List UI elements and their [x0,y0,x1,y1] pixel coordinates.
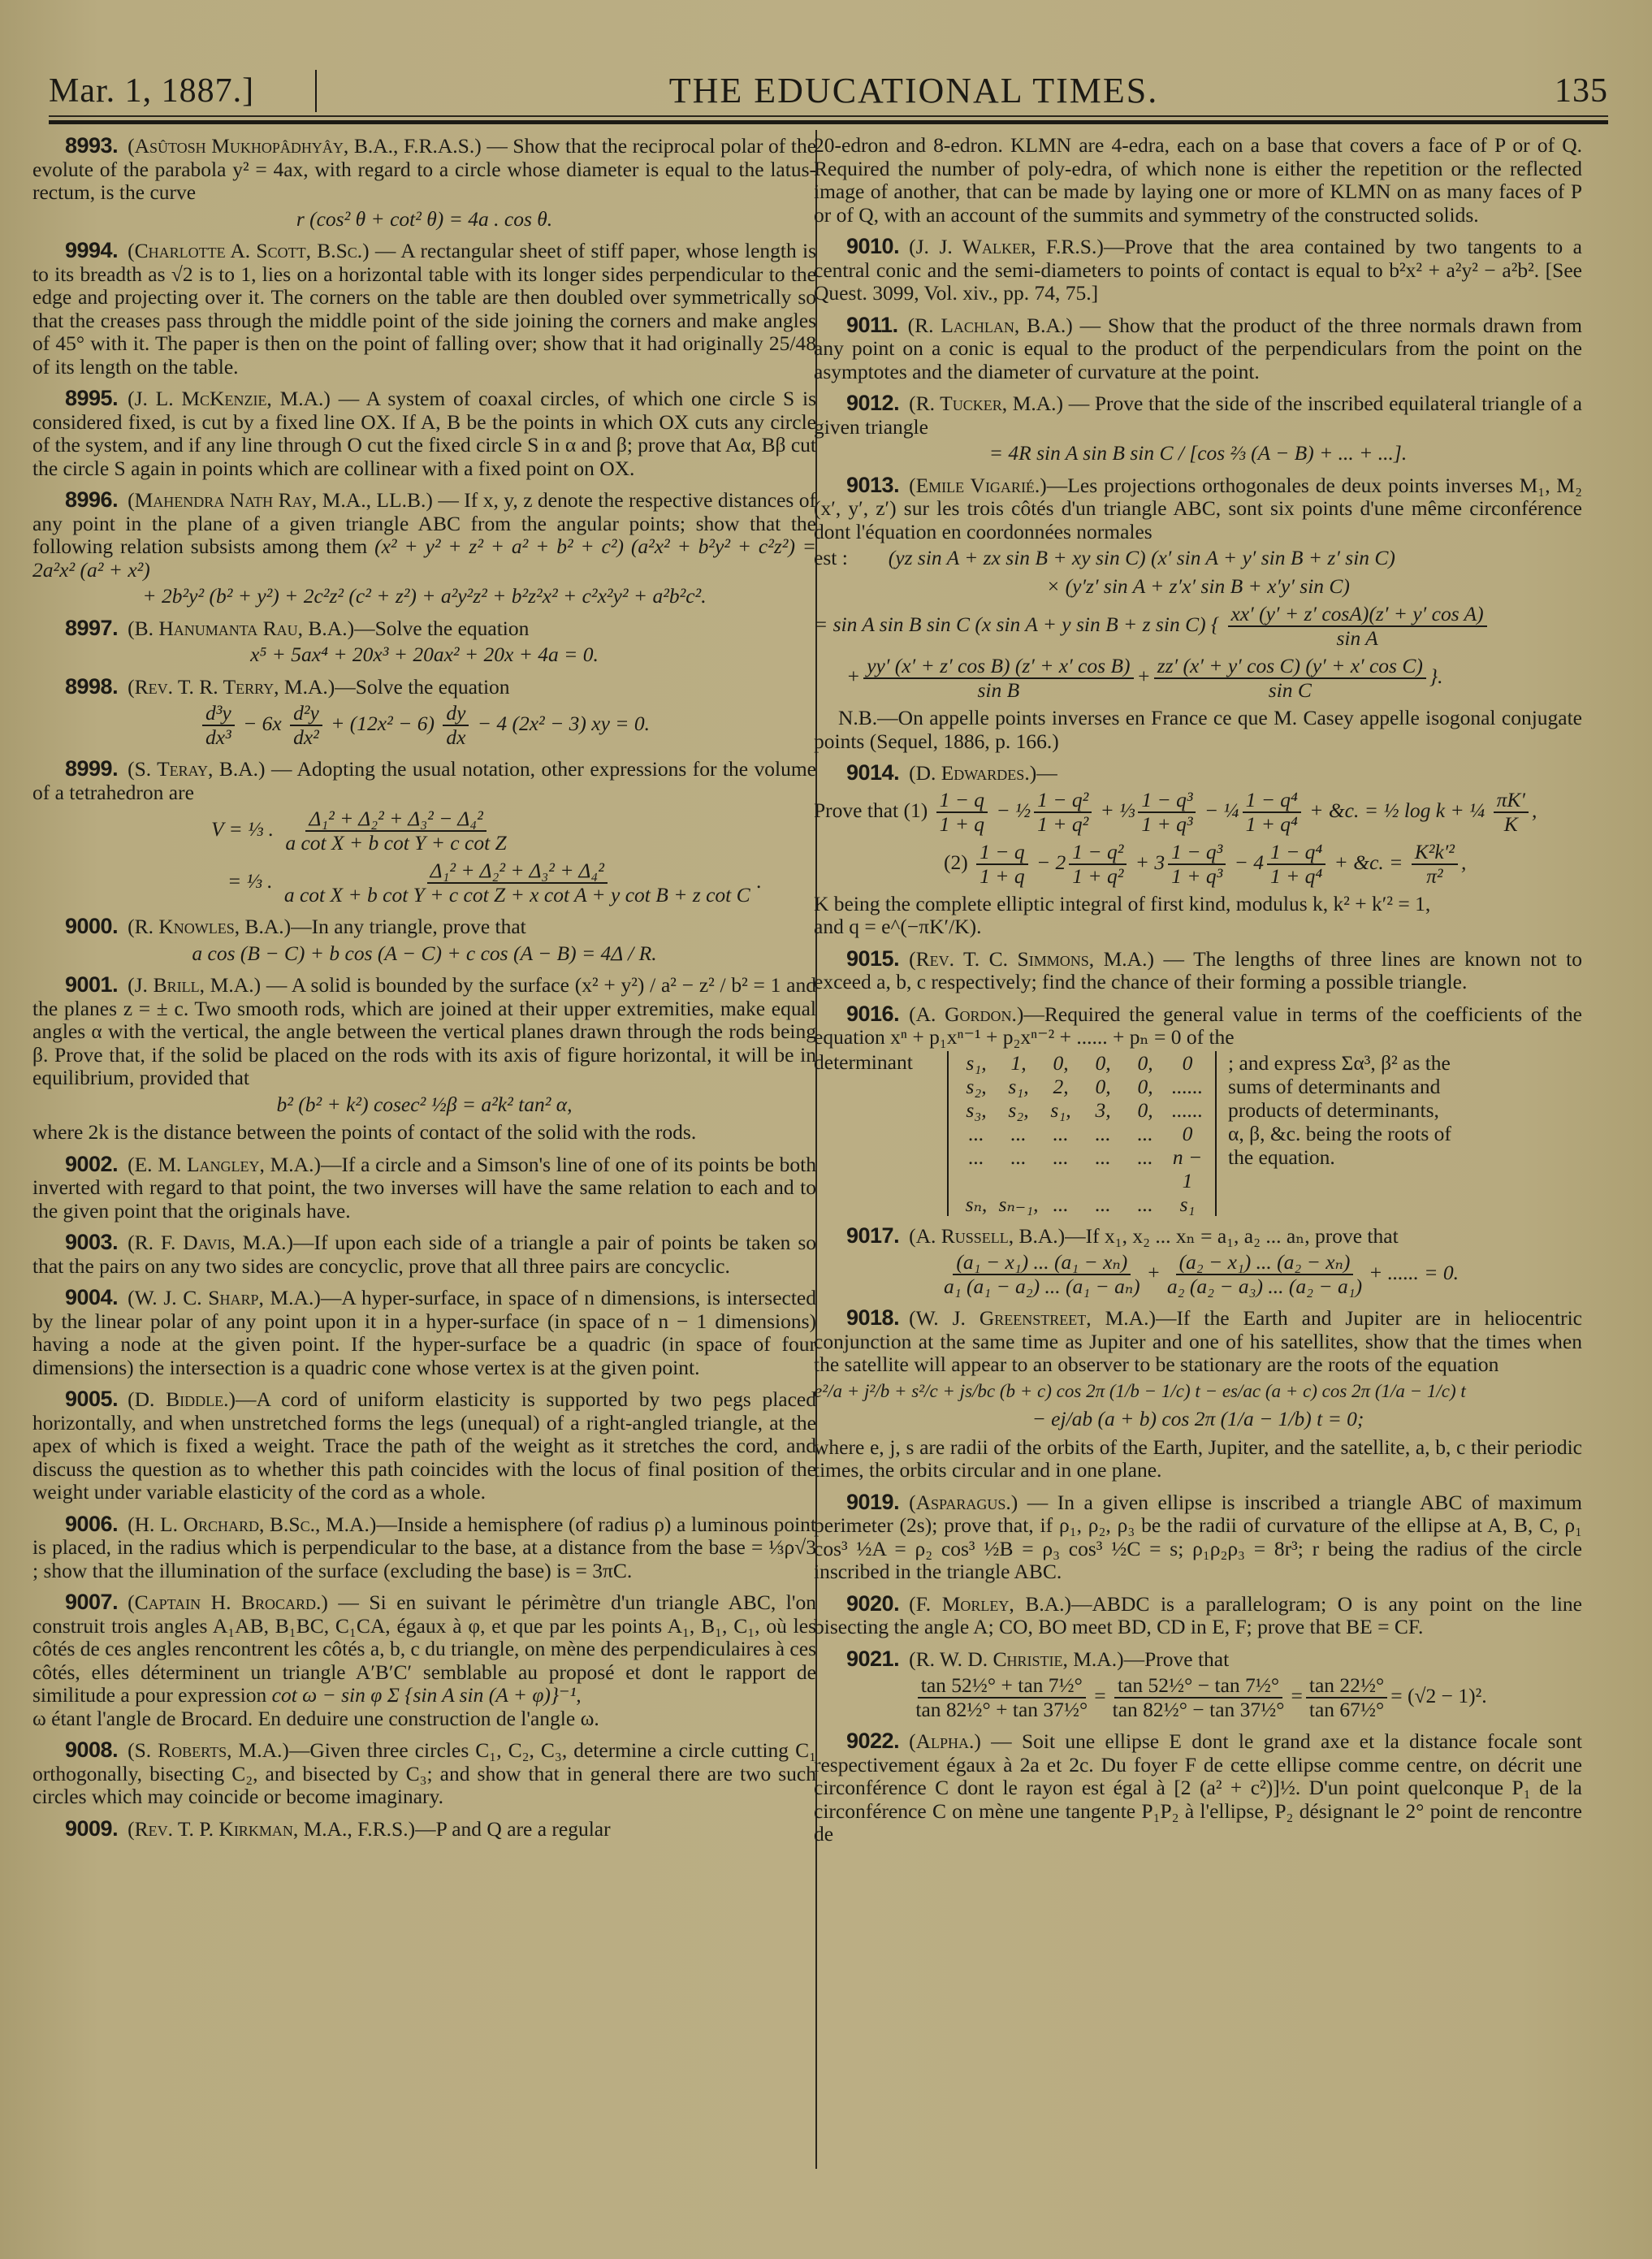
numerator: zz′ (x′ + y′ cos C) (y′ + x′ cos C) [1154,655,1426,679]
question-8993: 8993.(Asûtosh Mukhopâdhyây, B.A., F.R.A.… [32,134,816,231]
denominator: tan 82½° − tan 37½° [1109,1699,1288,1721]
question-text: —Prove that [1124,1647,1230,1671]
det-cell: ... [1040,1122,1082,1145]
question-8995: 8995.(J. L. McKenzie, M.A.) — A system o… [32,387,816,480]
series-label: (2) [944,850,968,873]
question-text: —Solve the equation [335,675,509,699]
det-cell: s₂, [955,1075,997,1098]
numerator: 1 − q [936,789,988,813]
question-text-after: ω étant l'angle de Brocard. En deduire u… [32,1707,816,1731]
coef: + 3 [1135,850,1165,873]
det-cell: sₙ, [955,1192,997,1216]
term: + ...... = 0. [1369,1261,1459,1284]
det-cell: ... [1040,1192,1082,1216]
det-cell: 1, [997,1051,1040,1075]
question-text: — [1036,761,1057,785]
numerator: (a₂ − x₁) ... (a₂ − xₙ) [1176,1251,1354,1275]
question-author: (Rev. T. P. Kirkman, M.A., F.R.S.) [128,1817,415,1841]
fraction: 1 − q³1 + q³ [1138,789,1196,836]
question-text: —If x₁, x₂ ... xₙ = a₁, a₂ ... aₙ, prove… [1065,1224,1399,1248]
denominator: a₁ (a₁ − a₂) ... (a₁ − aₙ) [941,1275,1144,1298]
differential-equation: d³ydx³ − 6x d²ydx² + (12x² − 6) dydx − 4… [32,702,816,749]
fraction: πK′K [1494,789,1529,836]
question-9002: 9002.(E. M. Langley, M.A.)—If a circle a… [32,1153,816,1223]
masthead: Mar. 1, 1887.] THE EDUCATIONAL TIMES. 13… [49,63,1608,112]
det-cell: 2, [1040,1075,1082,1098]
denominator: dx² [290,726,322,749]
numerator: tan 52½° − tan 7½° [1114,1674,1282,1699]
question-number: 9005. [65,1387,118,1411]
question-9014: 9014.(D. Edwardes.)— Prove that (1) 1 − … [814,761,1582,939]
det-cell: n − 1 [1166,1145,1209,1192]
question-9007: 9007.(Captain H. Brocard.) — Si en suiva… [32,1590,816,1730]
question-author: (Alpha.) [909,1729,981,1753]
right-column: 20-edron and 8-edron. KLMN are 4-edra, e… [814,134,1582,1854]
question-number: 8995. [65,386,118,410]
formula-line-1: e²/a + j²/b + s²/c + js/bc (b + c) cos 2… [814,1380,1582,1404]
det-cell: ... [997,1145,1040,1192]
fraction: tan 52½° − tan 7½°tan 82½° − tan 37½° [1109,1674,1288,1721]
question-number: 8998. [65,674,118,699]
note: N.B.—On appelle points inverses en Franc… [814,707,1582,753]
question-author: (E. M. Langley, M.A.) [128,1153,321,1176]
question-author: (R. Knowles, B.A.) [128,915,291,938]
det-cell: ... [1082,1192,1124,1216]
det-cell: 0 [1166,1122,1209,1145]
denominator: dx [443,726,469,749]
fraction: xx′ (y′ + z′ cosA)(z′ + y′ cos A)sin A [1228,603,1487,650]
denominator: 1 + q⁴ [1267,865,1325,888]
question-author: (H. L. Orchard, B.Sc., M.A.) [128,1512,376,1536]
numerator: Δ₁² + Δ₂² + Δ₃² + Δ₄² [427,859,608,884]
q-definition: and q = e^(−πK′/K). [814,915,1582,939]
fraction: d³ydx³ [202,702,235,749]
question-9006: 9006.(H. L. Orchard, B.Sc., M.A.)—Inside… [32,1512,816,1583]
question-9018: 9018.(W. J. Greenstreet, M.A.)—If the Ea… [814,1306,1582,1482]
question-9012: 9012.(R. Tucker, M.A.) — Prove that the … [814,392,1582,465]
denominator: K [1501,813,1521,836]
fraction: 1 − q²1 + q² [1069,841,1127,888]
numerator: d²y [290,702,322,726]
term: V = ⅓ . [211,817,274,841]
question-number: 9002. [65,1152,118,1176]
denominator: a cot X + b cot Y + c cot Z [282,832,509,855]
term: − 6x [243,712,282,735]
det-cell: ... [997,1122,1040,1145]
numerator: Δ₁² + Δ₂² + Δ₃² − Δ₄² [305,807,486,832]
formula: = 4R sin A sin B sin C / [cos ⅔ (A − B) … [814,442,1582,465]
det-cell: ...... [1166,1075,1209,1098]
question-number: 9006. [65,1512,118,1536]
question-author: (Rev. T. C. Simmons, M.A.) [909,947,1154,971]
question-number: 9008. [65,1738,118,1762]
det-cell: s₁ [1166,1192,1209,1216]
header-rule-thin [49,115,1608,117]
fraction: 1 − q³1 + q³ [1168,841,1226,888]
det-cell: 0, [1124,1051,1166,1075]
question-number: 9020. [846,1591,899,1616]
formula-line-4: +yy′ (x′ + z′ cos B) (z′ + x′ cos B)sin … [814,655,1582,702]
fraction: zz′ (x′ + y′ cos C) (y′ + x′ cos C)sin C [1154,655,1426,702]
denominator: sin A [1333,627,1381,650]
formula-line-2: − ej/ab (a + b) cos 2π (1/a − 1/b) t = 0… [814,1408,1582,1431]
question-number: 9001. [65,972,118,997]
publication-title: THE EDUCATIONAL TIMES. [669,70,1159,112]
det-cell: 0, [1124,1098,1166,1122]
det-cell: ... [1082,1145,1124,1192]
question-9001: 9001.(J. Brill, M.A.) — A solid is bound… [32,973,816,1145]
question-number: 9004. [65,1285,118,1309]
numerator: 1 − q² [1034,789,1092,813]
formula-inline: cot ω − sin φ Σ {sin A sin (A + φ)}⁻¹, [272,1683,582,1707]
det-cell: s₁, [997,1075,1040,1098]
denominator: 1 + q³ [1168,865,1226,888]
numerator: 1 − q³ [1168,841,1226,865]
question-author: (J. J. Walker, F.R.S.) [909,235,1104,258]
question-9009-continued: 20-edron and 8-edron. KLMN are 4-edra, e… [814,134,1582,227]
question-author: (A. Gordon.) [909,1002,1023,1026]
determinant-block: determinant s₁,1,0,0,0,0 s₂,s₁,2,0,0,...… [814,1051,1582,1216]
question-8999: 8999.(S. Teray, B.A.) — Adopting the usu… [32,757,816,907]
question-8997: 8997.(B. Hanumanta Rau, B.A.)—Solve the … [32,617,816,667]
formula-line-1: est :(yz sin A + zx sin B + xy sin C) (x… [814,547,1582,570]
denominator: tan 82½° + tan 37½° [912,1699,1091,1721]
issue-date: Mar. 1, 1887.] [49,70,317,112]
fraction: 1 − q²1 + q² [1034,789,1092,836]
question-9021: 9021.(R. W. D. Christie, M.A.)—Prove tha… [814,1647,1582,1722]
det-cell: ... [1082,1122,1124,1145]
denominator: dx³ [202,726,235,749]
question-9994: 9994.(Charlotte A. Scott, B.Sc.) — A rec… [32,239,816,379]
term: + &c. = ½ log k + ¼ [1309,798,1485,821]
denominator: sin C [1265,679,1315,702]
question-9013: 9013.(Emile Vigarié.)—Les projections or… [814,474,1582,754]
numerator: (a₁ − x₁) ... (a₁ − xₙ) [953,1251,1131,1275]
denominator: tan 67½° [1306,1699,1387,1721]
formula: + 2b²y² (b² + y²) + 2c²z² (c² + z²) + a²… [32,585,816,608]
volume-formula-1: V = ⅓ . Δ₁² + Δ₂² + Δ₃² − Δ₄²a cot X + b… [32,807,816,855]
question-text: —P and Q are a regular [415,1817,611,1841]
numerator: tan 52½° + tan 7½° [918,1674,1086,1699]
question-number: 8999. [65,756,118,781]
question-author: (B. Hanumanta Rau, B.A.) [128,617,354,640]
question-9010: 9010.(J. J. Walker, F.R.S.)—Prove that t… [814,235,1582,305]
fraction: 1 − q⁴1 + q⁴ [1243,789,1301,836]
question-number: 9016. [846,1002,899,1026]
formula: (a₁ − x₁) ... (a₁ − xₙ)a₁ (a₁ − a₂) ... … [814,1251,1582,1298]
question-number: 9009. [65,1816,118,1841]
question-number: 9011. [846,313,898,337]
question-author: (S. Teray, B.A.) [128,757,265,781]
question-author: (R. W. D. Christie, M.A.) [909,1647,1124,1671]
numerator: πK′ [1494,789,1529,813]
fraction: Δ₁² + Δ₂² + Δ₃² + Δ₄²a cot X + b cot Y +… [281,859,754,907]
question-number: 9013. [846,473,899,497]
term: }. [1429,664,1443,688]
fraction: 1 − q1 + q [976,841,1027,888]
det-cell: ... [1124,1122,1166,1145]
question-number: 9015. [846,946,899,971]
fraction: tan 22½°tan 67½° [1306,1674,1387,1721]
volume-formula-2: = ⅓ . Δ₁² + Δ₂² + Δ₃² + Δ₄²a cot X + b c… [32,859,816,907]
question-9016: 9016.(A. Gordon.)—Required the general v… [814,1002,1582,1216]
det-cell: ... [1124,1192,1166,1216]
denominator: 1 + q⁴ [1243,813,1301,836]
question-8998: 8998.(Rev. T. R. Terry, M.A.)—Solve the … [32,675,816,750]
denominator: 1 + q [976,865,1027,888]
det-cell: ... [955,1145,997,1192]
question-author: (Charlotte A. Scott, B.Sc.) [128,239,370,262]
denominator: 1 + q [936,813,988,836]
question-text-after: where 2k is the distance between the poi… [32,1121,816,1145]
question-text: —Solve the equation [354,617,529,640]
question-author: (Captain H. Brocard.) [128,1590,328,1614]
term: . [757,869,762,893]
numerator: K²k′² [1412,841,1458,865]
denominator: π² [1423,865,1446,888]
question-9000: 9000.(R. Knowles, B.A.)—In any triangle,… [32,915,816,965]
coef: − ¼ [1204,798,1239,821]
coef: − 4 [1235,850,1264,873]
fraction: K²k′²π² [1412,841,1458,888]
determinant-matrix: s₁,1,0,0,0,0 s₂,s₁,2,0,0,...... s₃,s₂,s₁… [947,1051,1217,1216]
question-author: (Asûtosh Mukhopâdhyây, B.A., F.R.A.S.) [128,134,482,158]
det-cell: 0, [1124,1075,1166,1098]
question-text: 20-edron and 8-edron. KLMN are 4-edra, e… [814,134,1582,227]
fraction: d²ydx² [290,702,322,749]
series-2: (2) 1 − q1 + q − 21 − q²1 + q² + 31 − q³… [814,841,1582,888]
question-text-after: K being the complete elliptic integral o… [814,893,1582,916]
question-author: (R. F. Davis, M.A.) [128,1231,293,1254]
numerator: dy [443,702,469,726]
denominator: a cot X + b cot Y + c cot Z + x cot A + … [281,884,754,907]
question-author: (Rev. T. R. Terry, M.A.) [128,675,335,699]
question-number: 9012. [846,391,899,415]
question-8996: 8996.(Mahendra Nath Ray, M.A., LL.B.) — … [32,488,816,608]
determinant-side-text: ; and express Σα³, β² as the sums of det… [1228,1051,1455,1169]
det-cell: s₃, [955,1098,997,1122]
question-text-after: where e, j, s are radii of the orbits of… [814,1436,1582,1482]
question-number: 9019. [846,1490,899,1514]
page-number: 135 [1511,70,1608,112]
question-author: (F. Morley, B.A.) [909,1592,1071,1616]
question-9004: 9004.(W. J. C. Sharp, M.A.)—A hyper-surf… [32,1286,816,1379]
question-number: 8996. [65,487,118,512]
numerator: 1 − q⁴ [1267,841,1325,865]
question-9015: 9015.(Rev. T. C. Simmons, M.A.) — The le… [814,947,1582,994]
fraction: 1 − q1 + q [936,789,988,836]
header-rule-thick [49,120,1608,124]
term: = (√2 − 1)². [1390,1684,1486,1707]
numerator: 1 − q [976,841,1027,865]
est-label: est : [814,546,848,569]
numerator: 1 − q³ [1138,789,1196,813]
fraction: Δ₁² + Δ₂² + Δ₃² − Δ₄²a cot X + b cot Y +… [282,807,509,855]
question-number: 9017. [846,1223,899,1248]
det-cell: s₁, [955,1051,997,1075]
question-9019: 9019.(Asparagus.) — In a given ellipse i… [814,1491,1582,1584]
question-author: (R. Tucker, M.A.) [909,392,1063,415]
coef: + ⅓ [1101,798,1135,821]
question-author: (R. Lachlan, B.A.) [908,314,1073,337]
question-author: (W. J. Greenstreet, M.A.) [909,1306,1156,1330]
newspaper-page: Mar. 1, 1887.] THE EDUCATIONAL TIMES. 13… [0,0,1652,2259]
numerator: yy′ (x′ + z′ cos B) (z′ + x′ cos B) [863,655,1133,679]
question-number: 9014. [846,760,899,785]
formula: b² (b² + k²) cosec² ½β = a²k² tan² α, [32,1093,816,1117]
det-cell: 0 [1166,1051,1209,1075]
numerator: xx′ (y′ + z′ cosA)(z′ + y′ cos A) [1228,603,1487,627]
question-9009: 9009.(Rev. T. P. Kirkman, M.A., F.R.S.)—… [32,1817,816,1841]
question-9020: 9020.(F. Morley, B.A.)—ABDC is a paralle… [814,1592,1582,1639]
question-author: (W. J. C. Sharp, M.A.) [128,1286,321,1309]
numerator: 1 − q⁴ [1243,789,1301,813]
question-9022: 9022.(Alpha.) — Soit une ellipse E dont … [814,1729,1582,1846]
det-cell: 3, [1082,1098,1124,1122]
det-cell: ... [1040,1145,1082,1192]
series-1: Prove that (1) 1 − q1 + q − ½1 − q²1 + q… [814,789,1582,836]
question-number: 8993. [65,133,118,158]
prove-label: Prove that (1) [814,798,928,821]
question-author: (D. Biddle.) [128,1387,236,1411]
coef: − 2 [1036,850,1066,873]
fraction: 1 − q⁴1 + q⁴ [1267,841,1325,888]
question-9017: 9017.(A. Russell, B.A.)—If x₁, x₂ ... xₙ… [814,1224,1582,1299]
fraction: (a₁ − x₁) ... (a₁ − xₙ)a₁ (a₁ − a₂) ... … [941,1251,1144,1298]
fraction: (a₂ − x₁) ... (a₂ − xₙ)a₂ (a₂ − a₃) ... … [1164,1251,1365,1298]
formula-line-2: × (y′z′ sin A + z′x′ sin B + x′y′ sin C) [814,575,1582,599]
denominator: 1 + q² [1034,813,1092,836]
det-cell: 0, [1040,1051,1082,1075]
denominator: a₂ (a₂ − a₃) ... (a₂ − a₁) [1164,1275,1365,1298]
left-column: 8993.(Asûtosh Mukhopâdhyây, B.A., F.R.A.… [32,134,816,1849]
question-author: (Emile Vigarié.) [909,474,1047,497]
question-number: 9003. [65,1230,118,1254]
term: − 4 (2x² − 3) xy = 0. [478,712,650,735]
question-text: —In any triangle, prove that [291,915,526,938]
fraction: yy′ (x′ + z′ cos B) (z′ + x′ cos B)sin B [863,655,1133,702]
fraction: dydx [443,702,469,749]
determinant-label: determinant [814,1051,936,1075]
numerator: 1 − q² [1069,841,1127,865]
formula: x⁵ + 5ax⁴ + 20x³ + 20ax² + 20x + 4a = 0. [32,643,816,667]
det-cell: sₙ₋₁, [997,1192,1040,1216]
question-author: (A. Russell, B.A.) [909,1224,1065,1248]
question-author: (J. Brill, M.A.) [128,973,261,997]
formula: a cos (B − C) + b cos (A − C) + c cos (A… [32,942,816,966]
det-cell: ...... [1166,1098,1209,1122]
question-number: 9994. [65,238,118,262]
question-number: 9010. [846,234,899,258]
question-author: (Mahendra Nath Ray, M.A., LL.B.) [128,488,433,512]
formula: r (cos² θ + cot² θ) = 4a . cos θ. [32,208,816,232]
question-author: (D. Edwardes.) [909,761,1036,785]
question-author: (Asparagus.) [909,1491,1018,1514]
fraction: tan 52½° + tan 7½°tan 82½° + tan 37½° [912,1674,1091,1721]
det-cell: s₁, [1040,1098,1082,1122]
det-cell: s₂, [997,1098,1040,1122]
numerator: tan 22½° [1306,1674,1387,1699]
term: = sin A sin B sin C (x sin A + y sin B +… [814,612,1219,636]
term: (yz sin A + zx sin B + xy sin C) (x′ sin… [889,546,1395,569]
formula-line-3: = sin A sin B sin C (x sin A + y sin B +… [814,603,1582,650]
det-cell: ... [955,1122,997,1145]
question-number: 9022. [846,1729,899,1753]
denominator: 1 + q² [1069,865,1127,888]
term: + (12x² − 6) [331,712,435,735]
det-cell: 0, [1082,1075,1124,1098]
question-9005: 9005.(D. Biddle.)—A cord of uniform elas… [32,1387,816,1504]
formula: tan 52½° + tan 7½°tan 82½° + tan 37½°=ta… [814,1674,1582,1721]
question-9008: 9008.(S. Roberts, M.A.)—Given three circ… [32,1738,816,1809]
det-cell: ... [1124,1145,1166,1192]
question-number: 8997. [65,616,118,640]
question-number: 9000. [65,914,118,938]
denominator: 1 + q³ [1138,813,1196,836]
question-number: 9021. [846,1647,899,1671]
question-number: 9007. [65,1590,118,1614]
question-9003: 9003.(R. F. Davis, M.A.)—If upon each si… [32,1231,816,1278]
term: + &c. = [1334,850,1403,873]
det-cell: 0, [1082,1051,1124,1075]
denominator: sin B [975,679,1023,702]
question-9011: 9011.(R. Lachlan, B.A.) — Show that the … [814,314,1582,384]
term: = ⅓ . [227,869,272,893]
coef: − ½ [996,798,1031,821]
question-number: 9018. [846,1305,899,1330]
question-author: (J. L. McKenzie, M.A.) [128,387,331,410]
numerator: d³y [202,702,235,726]
question-author: (S. Roberts, M.A.) [128,1738,289,1762]
